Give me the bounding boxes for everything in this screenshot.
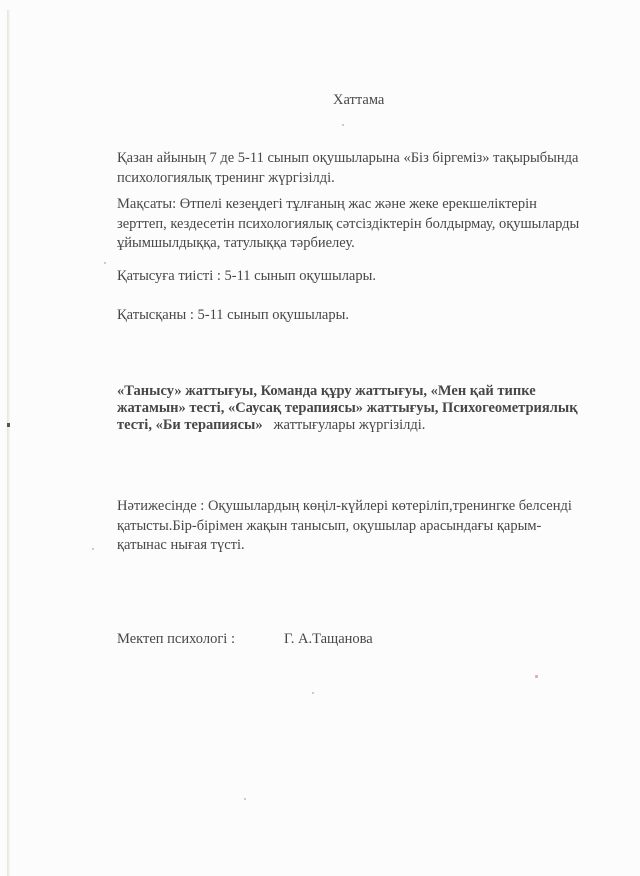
actual-participants-text: Қатысқаны : 5-11 сынып оқушылары. xyxy=(117,306,607,326)
expected-participants-text: Қатысуға тиісті : 5-11 сынып оқушылары. xyxy=(117,267,607,287)
signature-block: Мектеп психологі : Г. А.Тащанова xyxy=(117,630,607,650)
activities-line: «Танысу» жаттығуы, Команда құру жаттығуы… xyxy=(117,383,607,400)
result-paragraph: Нәтижесінде : Оқушылардың көңіл-күйлері … xyxy=(117,497,607,556)
signature-role: Мектеп психологі : xyxy=(117,631,235,647)
scan-left-edge xyxy=(7,10,10,876)
scan-speck xyxy=(104,262,106,264)
activities-normal-text: жаттығулары жүргізілді. xyxy=(263,417,426,433)
intro-paragraph: Қазан айының 7 де 5-11 сынып оқушыларына… xyxy=(117,149,607,188)
purpose-line: Мақсаты: Өтпелі кезеңдегі тұлғаның жас ж… xyxy=(117,195,607,215)
scan-speck xyxy=(244,798,246,800)
result-line: қатысты.Бір-бірімен жақын танысып, оқушы… xyxy=(117,517,607,537)
scan-speck xyxy=(312,692,314,694)
scan-speck xyxy=(342,124,344,126)
activities-line: тесті, «Би терапиясы» жаттығулары жүргіз… xyxy=(117,417,607,434)
result-line: қатынас нығая түсті. xyxy=(117,536,607,556)
activities-line: жатамын» тесті, «Саусақ терапиясы» жатты… xyxy=(117,400,607,417)
intro-line: Қазан айының 7 де 5-11 сынып оқушыларына… xyxy=(117,149,607,169)
result-line: Нәтижесінде : Оқушылардың көңіл-күйлері … xyxy=(117,497,607,517)
purpose-line: ұйымшылдыққа, татулыққа тәрбиелеу. xyxy=(117,234,607,254)
signature-name: Г. А.Тащанова xyxy=(284,630,373,650)
activities-paragraph: «Танысу» жаттығуы, Команда құру жаттығуы… xyxy=(117,383,607,434)
scan-edge-mark xyxy=(7,423,10,427)
purpose-line: зерттеп, кездесетін психологиялық сәтсіз… xyxy=(117,215,607,235)
activities-bold-text: тесті, «Би терапиясы» xyxy=(117,417,263,433)
actual-participants: Қатысқаны : 5-11 сынып оқушылары. xyxy=(117,306,607,326)
purpose-paragraph: Мақсаты: Өтпелі кезеңдегі тұлғаның жас ж… xyxy=(117,195,607,254)
expected-participants: Қатысуға тиісті : 5-11 сынып оқушылары. xyxy=(117,267,607,287)
document-title: Хаттама xyxy=(333,91,384,109)
intro-line: психологиялық тренинг жүргізілді. xyxy=(117,169,607,189)
scan-speck red xyxy=(535,675,538,678)
scan-speck xyxy=(92,548,94,550)
